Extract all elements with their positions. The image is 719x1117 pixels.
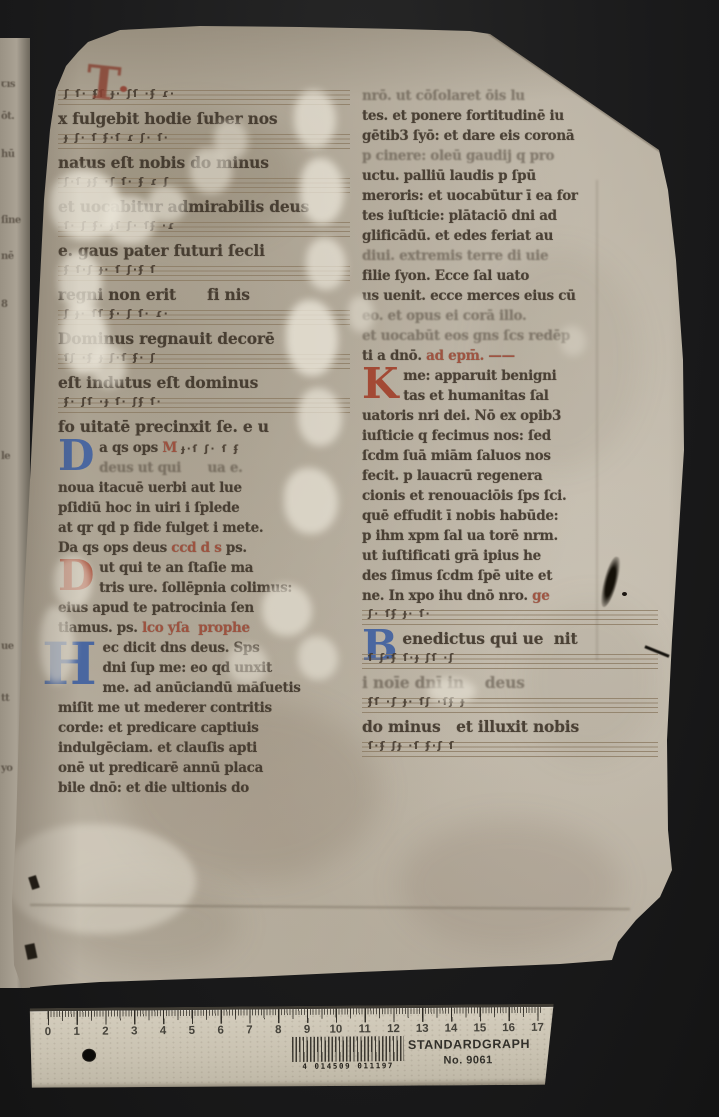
- gothic-text: e. gaus pater futuri ſecli: [58, 241, 265, 260]
- manuscript-prose-line: at qr qd p fide fulget i mete.: [58, 518, 354, 538]
- gothic-text: tes iuſticie: plātaciō dni ad: [362, 208, 557, 224]
- manuscript-prose-line: dni ſup me: eo qd unxit: [58, 658, 354, 678]
- facing-page-text-fragment: 8: [1, 300, 7, 310]
- gothic-text: p cinere: oleū gaudij q pro: [362, 148, 554, 164]
- gothic-text: glificādū. et edes feriat au: [362, 228, 553, 244]
- gothic-text: tes. et ponere fortitudinē iu: [362, 108, 564, 124]
- ruler-cm-label: 5: [189, 1025, 196, 1037]
- binding-hole: [28, 875, 40, 890]
- barcode: 4 014509 011197: [292, 1036, 404, 1073]
- manuscript-prose-line: tes iuſticie: plātaciō dni ad: [362, 206, 662, 226]
- gothic-text: tris ure. ſollēpnia colimus:: [99, 580, 292, 596]
- gothic-text: eius apud te patrocinia ſen: [58, 600, 254, 616]
- gothic-text: ut iuſtificati grā ipius he: [362, 548, 541, 564]
- gothic-text: p ihm xpm ſal ua torē nrm.: [362, 528, 558, 544]
- manuscript-chant-line: natus eſt nobis do minus: [58, 152, 354, 174]
- neume-notation: ʃ·ſ ɟʄ ·ʃ ſ· ʄ ɾ ʃ: [64, 175, 170, 188]
- ruler-cm-label: 4: [160, 1025, 167, 1037]
- neume-notation: ʄſ ·ʃ ɟ· ſʃ ·ſʄ ɟ: [368, 695, 466, 708]
- facing-page-text-fragment: yo: [1, 764, 12, 774]
- ruler-cm-label: 12: [387, 1023, 400, 1035]
- manuscript-chant-line: regni non erit fi nis: [58, 284, 354, 306]
- parchment-page: ʃ ſ· ʄſ ɟ· ʃſ ·ʄ ɾ·x fulgebit hodie ſube…: [0, 0, 719, 1117]
- manuscript-prose-line: p cinere: oleū gaudij q pro: [362, 146, 662, 166]
- ruler-cm-label: 9: [304, 1024, 311, 1036]
- facing-page-text-fragment: tt: [1, 694, 9, 704]
- manuscript-prose-line: glificādū. et edes feriat au: [362, 226, 662, 246]
- gothic-text: iuſticie q fecimus nos: ſed: [362, 428, 551, 444]
- gothic-text: uctu. palliū laudis p ſpū: [362, 168, 536, 184]
- neume-notation: ʄ· ʃſ ·ɟ ſ· ʃʄ ſ·: [64, 395, 162, 408]
- ruler-cm-label: 10: [329, 1024, 342, 1036]
- gothic-text: natus eſt nobis do minus: [58, 153, 269, 172]
- neume-notation: ʃ· ſʄ ɟ· ſ·: [368, 607, 431, 620]
- gothic-text: filie ſyon. Ecce ſal uato: [362, 268, 529, 284]
- ruler-cm-label: 14: [445, 1023, 458, 1035]
- manuscript-stave-line: ſʃ ·ʄ ɟ ʃ·ſ ʄ· ʃ: [58, 351, 354, 371]
- gothic-text: quē effudit ī nobis habūde:: [362, 508, 558, 524]
- manuscript-prose-line: Da qs ops M ɟ·ſ ʃ· ſ ʄ: [58, 438, 354, 458]
- facing-page-text-fragment: nē: [1, 252, 14, 262]
- manuscript-stave-line: ʃ· ſʄ ɟ· ſ·: [362, 607, 662, 627]
- manuscript-prose-line: p ihm xpm ſal ua torē nrm.: [362, 526, 662, 546]
- barcode-digits: 4 014509 011197: [292, 1062, 404, 1071]
- gothic-text: cionis et renouaciōis ſps ſci.: [362, 488, 566, 504]
- manuscript-prose-line: us uenit. ecce merces eius cū: [362, 286, 662, 306]
- rubric-text: ad epm̄. ——: [426, 348, 515, 364]
- manuscript-chant-line: Dominus regnauit decorē: [58, 328, 354, 350]
- facing-page-text-fragment: le: [1, 452, 10, 462]
- manuscript-prose-line: uctu. palliū laudis p ſpū: [362, 166, 662, 186]
- manuscript-prose-line: ne. In xpo ihu dnō nro. ge: [362, 586, 662, 606]
- gothic-text: dni ſup me: eo qd unxit: [103, 660, 272, 676]
- gothic-text: regni non erit fi nis: [58, 285, 250, 304]
- gothic-text: bile dnō: et die ultionis do: [58, 780, 249, 796]
- manuscript-prose-line: corde: et predicare captiuis: [58, 718, 354, 738]
- fold-crease: [30, 904, 630, 910]
- manuscript-prose-line: nrō. ut cōſolaret ōis lu: [362, 86, 662, 106]
- manuscript-prose-line: Dut qui te an ſtaſie ma: [58, 558, 354, 578]
- gothic-text: ſcdm ſuā miām ſaluos nos: [362, 448, 551, 464]
- ink-dot: [622, 592, 627, 596]
- gothic-text: ne. In xpo ihu dnō nro.: [362, 588, 532, 604]
- manuscript-chant-line: do minus et illuxit nobis: [362, 716, 662, 738]
- ruler-cm-label: 7: [246, 1024, 253, 1036]
- ruler-cm-label: 6: [217, 1025, 224, 1037]
- gothic-text: des ſimus ſcdm ſpē uite et: [362, 568, 552, 584]
- gothic-text: enedictus qui ue nit: [402, 629, 577, 648]
- manuscript-prose-line: meroris: et uocabūtur ī ea for: [362, 186, 662, 206]
- neume-notation: ſ ʃ·ʄ ſ·ɟ ʃſ ·ʃ: [368, 651, 455, 664]
- manuscript-prose-line: noua itacuē uerbi aut lue: [58, 478, 354, 498]
- gothic-text: ec dicit dns deus. Sps: [103, 640, 260, 656]
- gothic-text: Dominus regnauit decorē: [58, 329, 275, 348]
- manuscript-prose-line: diui. extremis terre di uie: [362, 246, 662, 266]
- gothic-text: uatoris nri dei. Nō ex opib3: [362, 408, 561, 424]
- gothic-text: eſt indutus eſt dominus: [58, 373, 258, 392]
- manuscript-chant-line: e. gaus pater futuri ſecli: [58, 240, 354, 262]
- manuscript-prose-line: cionis et renouaciōis ſps ſci.: [362, 486, 662, 506]
- manuscript-prose-line: Da qs ops deus ccd d s ps.: [58, 538, 354, 558]
- manuscript-stave-line: ſ ʃ·ʄ ſ·ɟ ʃſ ·ʃ: [362, 651, 662, 671]
- manuscript-prose-line: Kme: apparuit benigni: [362, 366, 662, 386]
- left-text-column: ʃ ſ· ʄſ ɟ· ʃſ ·ʄ ɾ·x fulgebit hodie ſube…: [58, 86, 354, 798]
- manuscript-prose-line: uatoris nri dei. Nō ex opib3: [362, 406, 662, 426]
- gothic-text: me: apparuit benigni: [403, 368, 556, 384]
- manuscript-prose-line: gētib3 ſyō: et dare eis coronā: [362, 126, 662, 146]
- neume-notation: ſ·ʄ ʃɟ ·ſ ʄ·ʃ ſ: [368, 739, 455, 752]
- gothic-text: at qr qd p fide fulget i mete.: [58, 520, 263, 536]
- manuscript-chant-line: eſt indutus eſt dominus: [58, 372, 354, 394]
- gothic-text: diui. extremis terre di uie: [362, 248, 548, 264]
- gothic-text: us uenit. ecce merces eius cū: [362, 288, 576, 304]
- ruler: 01234567891011121314151617 4 014509 0111…: [30, 1004, 555, 1090]
- gothic-text: tas et humanitas ſal: [403, 388, 548, 404]
- ruler-cm-label: 16: [502, 1022, 515, 1034]
- ruler-mm-ticks: [48, 1007, 542, 1017]
- facing-page-text-fragment: hū: [1, 150, 15, 160]
- gothic-text: onē ut predicarē annū placa: [58, 760, 263, 776]
- ruler-cm-label: 2: [102, 1026, 109, 1038]
- gothic-text: deus ut qui ua e.: [99, 460, 242, 476]
- manuscript-prose-line: tris ure. ſollēpnia colimus:: [58, 578, 354, 598]
- neume-notation: ʃ ɟ· ſſ ʄ· ʃ ſ· ɾ·: [64, 307, 169, 320]
- gothic-text: meroris: et uocabūtur ī ea for: [362, 188, 578, 204]
- manuscript-prose-line: ſcdm ſuā miām ſaluos nos: [362, 446, 662, 466]
- manuscript-prose-line: bile dnō: et die ultionis do: [58, 778, 354, 798]
- manuscript-prose-line: pſidiū hoc in uiri i ſplede: [58, 498, 354, 518]
- ruler-cm-label: 1: [73, 1026, 80, 1038]
- manuscript-prose-line: Hec dicit dns deus. Sps: [58, 638, 354, 658]
- gothic-text: fecit. p lauacrū regenera: [362, 468, 542, 484]
- manuscript-prose-line: me. ad anūciandū māſuetis: [58, 678, 354, 698]
- gothic-text: et uocabitur admirabilis deus: [58, 197, 309, 216]
- gothic-text: a qs ops: [99, 440, 162, 456]
- rubric-text: ge: [532, 588, 549, 604]
- manuscript-chant-line: i noīe dnī in deus: [362, 672, 662, 694]
- facing-page-text-fragment: ue: [1, 642, 14, 652]
- manuscript-stave-line: ſ·ʄ ʃɟ ·ſ ʄ·ʃ ſ: [362, 739, 662, 759]
- neume-notation: ſ· ʃ ʄ· ɟſ ʃ· ſʄ ·ɾ: [64, 219, 176, 232]
- gothic-text: eo. et opus ei corā illo.: [362, 308, 526, 324]
- manuscript-prose-line: indulgēciam. et clauſis apti: [58, 738, 354, 758]
- ruler-brand-name: STANDARDGRAPH: [408, 1037, 528, 1052]
- barcode-bars: [292, 1036, 404, 1062]
- right-text-column: nrō. ut cōſolaret ōis lutes. et ponere f…: [362, 86, 662, 760]
- gothic-text: et uocabūt eos gns ſcs redēp: [362, 328, 570, 344]
- manuscript-chant-line: Benedictus qui ue nit: [362, 628, 662, 650]
- gothic-text: gētib3 ſyō: et dare eis coronā: [362, 128, 574, 144]
- manuscript-prose-line: ti a dnō. ad epm̄. ——: [362, 346, 662, 366]
- manuscript-prose-line: fecit. p lauacrū regenera: [362, 466, 662, 486]
- ruler-cm-label: 3: [131, 1025, 138, 1037]
- ruler-cm-label: 8: [275, 1024, 282, 1036]
- ruler-halfcm-ticks: [48, 1007, 542, 1021]
- gothic-text: nrō. ut cōſolaret ōis lu: [362, 88, 525, 104]
- manuscript-chant-line: x fulgebit hodie ſuber nos: [58, 108, 354, 130]
- binding-hole: [25, 943, 38, 960]
- ruler-cm-label: 0: [45, 1026, 52, 1038]
- manuscript-prose-line: eius apud te patrocinia ſen: [58, 598, 354, 618]
- neume-notation: ʄ ſ·ʃ ɟ· ſ ʃ·ʄ ſ: [64, 263, 157, 276]
- red-ink-mark: T: [83, 54, 123, 111]
- ruler-model-number: No. 9061: [408, 1054, 528, 1067]
- gothic-text: noua itacuē uerbi aut lue: [58, 480, 242, 496]
- neume-notation: ɟ ʃ· ſ ʄ·ſ ɾ ʃ· ſ·: [64, 131, 169, 144]
- gothic-text: miſit me ut mederer contritis: [58, 700, 272, 716]
- rubric-text: M: [162, 440, 181, 456]
- ruler-cm-ticks: [48, 1007, 542, 1025]
- gothic-text: x fulgebit hodie ſuber nos: [58, 109, 277, 128]
- gothic-text: ut qui te an ſtaſie ma: [99, 560, 253, 576]
- ruler-cm-label: 15: [473, 1022, 486, 1034]
- manuscript-stave-line: ʄſ ·ʃ ɟ· ſʃ ·ſʄ ɟ: [362, 695, 662, 715]
- ruler-cm-label: 13: [416, 1023, 429, 1035]
- gothic-text: i noīe dnī in deus: [362, 673, 525, 692]
- gothic-text: ɟ·ſ ʃ· ſ ʄ: [181, 444, 240, 455]
- stain: [400, 820, 620, 950]
- rubric-text: ccd d s: [171, 540, 221, 556]
- manuscript-stave-line: ɟ ʃ· ſ ʄ·ſ ɾ ʃ· ſ·: [58, 131, 354, 151]
- manuscript-prose-line: onē ut predicarē annū placa: [58, 758, 354, 778]
- manuscript-prose-line: iuſticie q fecimus nos: ſed: [362, 426, 662, 446]
- manuscript-prose-line: eo. et opus ei corā illo.: [362, 306, 662, 326]
- manuscript-stave-line: ʃ·ſ ɟʄ ·ʃ ſ· ʄ ɾ ʃ: [58, 175, 354, 195]
- facing-page-text-fragment: ſine: [1, 216, 21, 226]
- ruler-hole: [82, 1049, 96, 1062]
- manuscript-stave-line: ʄ ſ·ʃ ɟ· ſ ʃ·ʄ ſ: [58, 263, 354, 283]
- stain: [60, 880, 240, 970]
- manuscript-prose-line: et uocabūt eos gns ſcs redēp: [362, 326, 662, 346]
- gothic-text: pſidiū hoc in uiri i ſplede: [58, 500, 239, 516]
- ruler-number-row: 01234567891011121314151617: [30, 1007, 554, 1012]
- ruler-cm-label: 11: [359, 1023, 371, 1035]
- rubric-text: lco yſa prophe: [142, 620, 250, 636]
- gothic-text: indulgēciam. et clauſis apti: [58, 740, 257, 756]
- manuscript-chant-line: fo uitatē precinxit ſe. e u: [58, 416, 354, 438]
- facing-page-text-fragment: ꞇıs: [1, 80, 15, 90]
- gothic-text: ps.: [222, 540, 247, 556]
- manuscript-stave-line: ſ· ʃ ʄ· ɟſ ʃ· ſʄ ·ɾ: [58, 219, 354, 239]
- neume-notation: ſʃ ·ʄ ɟ ʃ·ſ ʄ· ʃ: [64, 351, 156, 364]
- ruler-cm-label: 17: [531, 1022, 544, 1034]
- gothic-text: corde: et predicare captiuis: [58, 720, 259, 736]
- facing-page-text-fragment: ōt.: [1, 112, 14, 122]
- manuscript-photograph: ꞇısōt.hūſinenē8leuettyo ʃ ſ· ʄſ ɟ· ʃſ ·ʄ…: [0, 0, 719, 1117]
- gothic-text: me. ad anūciandū māſuetis: [103, 680, 301, 696]
- manuscript-stave-line: ʃ ɟ· ſſ ʄ· ʃ ſ· ɾ·: [58, 307, 354, 327]
- ruler-brand: STANDARDGRAPH No. 9061: [408, 1037, 528, 1067]
- manuscript-prose-line: tiamus. ps. lco yſa prophe: [58, 618, 354, 638]
- gothic-text: do minus et illuxit nobis: [362, 717, 579, 736]
- red-ink-dot: [120, 86, 127, 92]
- manuscript-stave-line: ʄ· ʃſ ·ɟ ſ· ʃʄ ſ·: [58, 395, 354, 415]
- manuscript-chant-line: et uocabitur admirabilis deus: [58, 196, 354, 218]
- manuscript-prose-line: deus ut qui ua e.: [58, 458, 354, 478]
- manuscript-prose-line: quē effudit ī nobis habūde:: [362, 506, 662, 526]
- manuscript-prose-line: filie ſyon. Ecce ſal uato: [362, 266, 662, 286]
- manuscript-prose-line: tas et humanitas ſal: [362, 386, 662, 406]
- manuscript-prose-line: miſit me ut mederer contritis: [58, 698, 354, 718]
